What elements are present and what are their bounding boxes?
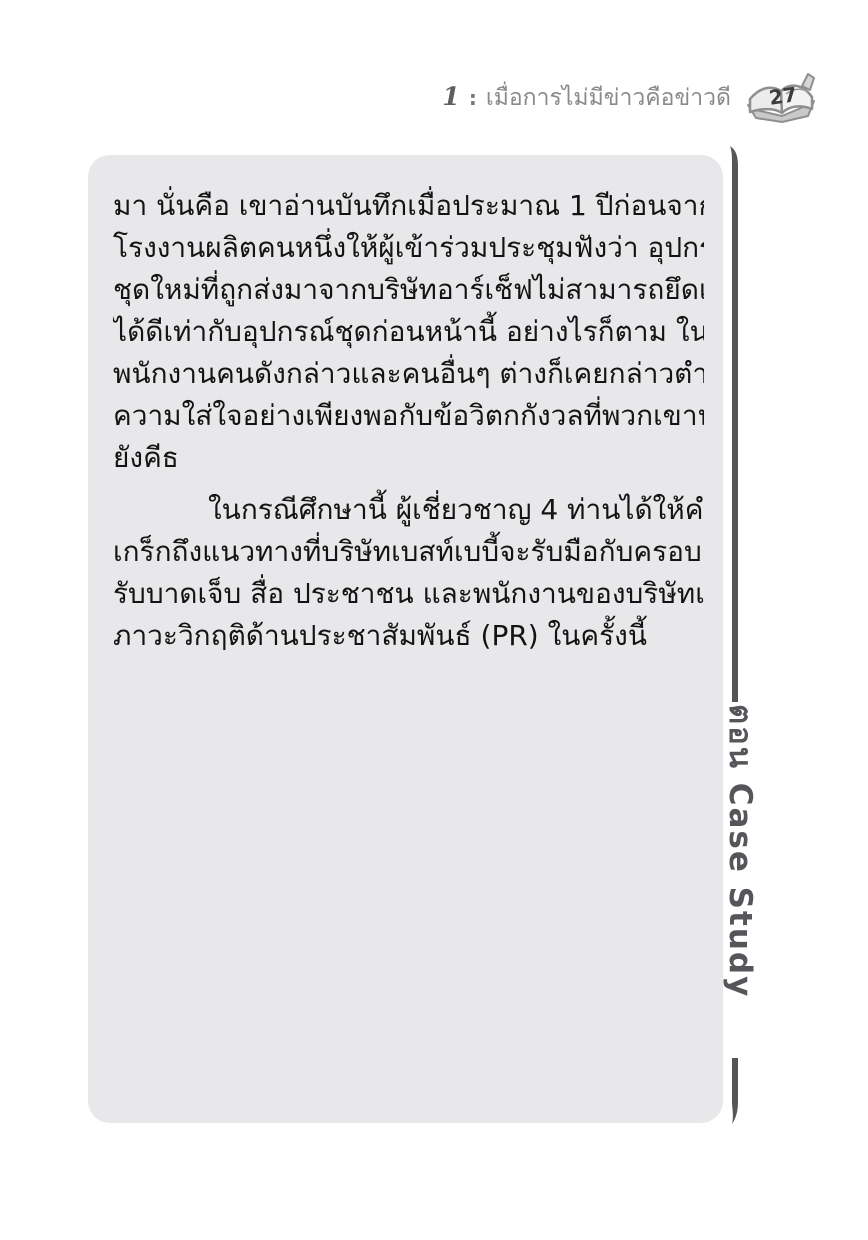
content-panel: มา นั่นคือ เขาอ่านบันทึกเมื่อประมาณ 1 ปี… — [88, 155, 723, 1123]
text-line: ภาวะวิกฤติด้านประชาสัมพันธ์ (PR) ในครั้ง… — [113, 615, 704, 657]
text-line: ความใส่ใจอย่างเพียงพอกับข้อวิตกกังวลที่พ… — [113, 395, 704, 437]
open-book-icon: 27 — [744, 72, 818, 124]
text-line: ยังคีธ — [113, 437, 704, 479]
paragraph-1: มา นั่นคือ เขาอ่านบันทึกเมื่อประมาณ 1 ปี… — [113, 185, 704, 479]
page-header: 1 : เมื่อการไม่มีข่าวคือข่าวดี 27 — [442, 72, 818, 124]
chapter-title: เมื่อการไม่มีข่าวคือข่าวดี — [486, 80, 731, 116]
text-line: ได้ดีเท่ากับอุปกรณ์ชุดก่อนหน้านี้ อย่างไ… — [113, 311, 704, 353]
section-label-vertical: ตอน Case Study — [716, 704, 766, 1060]
page-number: 27 — [768, 82, 799, 110]
text-line: เกร็กถึงแนวทางที่บริษัทเบสท์เบบี้จะรับมื… — [113, 531, 704, 573]
text-line: พนักงานคนดังกล่าวและคนอื่นๆ ต่างก็เคยกล่… — [113, 353, 704, 395]
book-page: 1 : เมื่อการไม่มีข่าวคือข่าวดี 27 มา นั่… — [0, 0, 868, 1240]
text-line: รับบาดเจ็บ สื่อ ประชาชน และพนักงานของบริ… — [113, 573, 704, 615]
text-line: โรงงานผลิตคนหนึ่งให้ผู้เข้าร่วมประชุมฟัง… — [113, 227, 704, 269]
chapter-separator: : — [469, 86, 477, 110]
side-rule-top — [729, 146, 741, 702]
chapter-number: 1 — [442, 82, 459, 111]
text-line: มา นั่นคือ เขาอ่านบันทึกเมื่อประมาณ 1 ปี… — [113, 185, 704, 227]
text-line: ชุดใหม่ที่ถูกส่งมาจากบริษัทอาร์เช็ฟไม่สา… — [113, 269, 704, 311]
side-rule-bottom — [729, 1058, 741, 1124]
paragraph-2: ในกรณีศึกษานี้ ผู้เชี่ยวชาญ 4 ท่านได้ให้… — [113, 489, 704, 657]
text-line: ในกรณีศึกษานี้ ผู้เชี่ยวชาญ 4 ท่านได้ให้… — [113, 489, 704, 531]
